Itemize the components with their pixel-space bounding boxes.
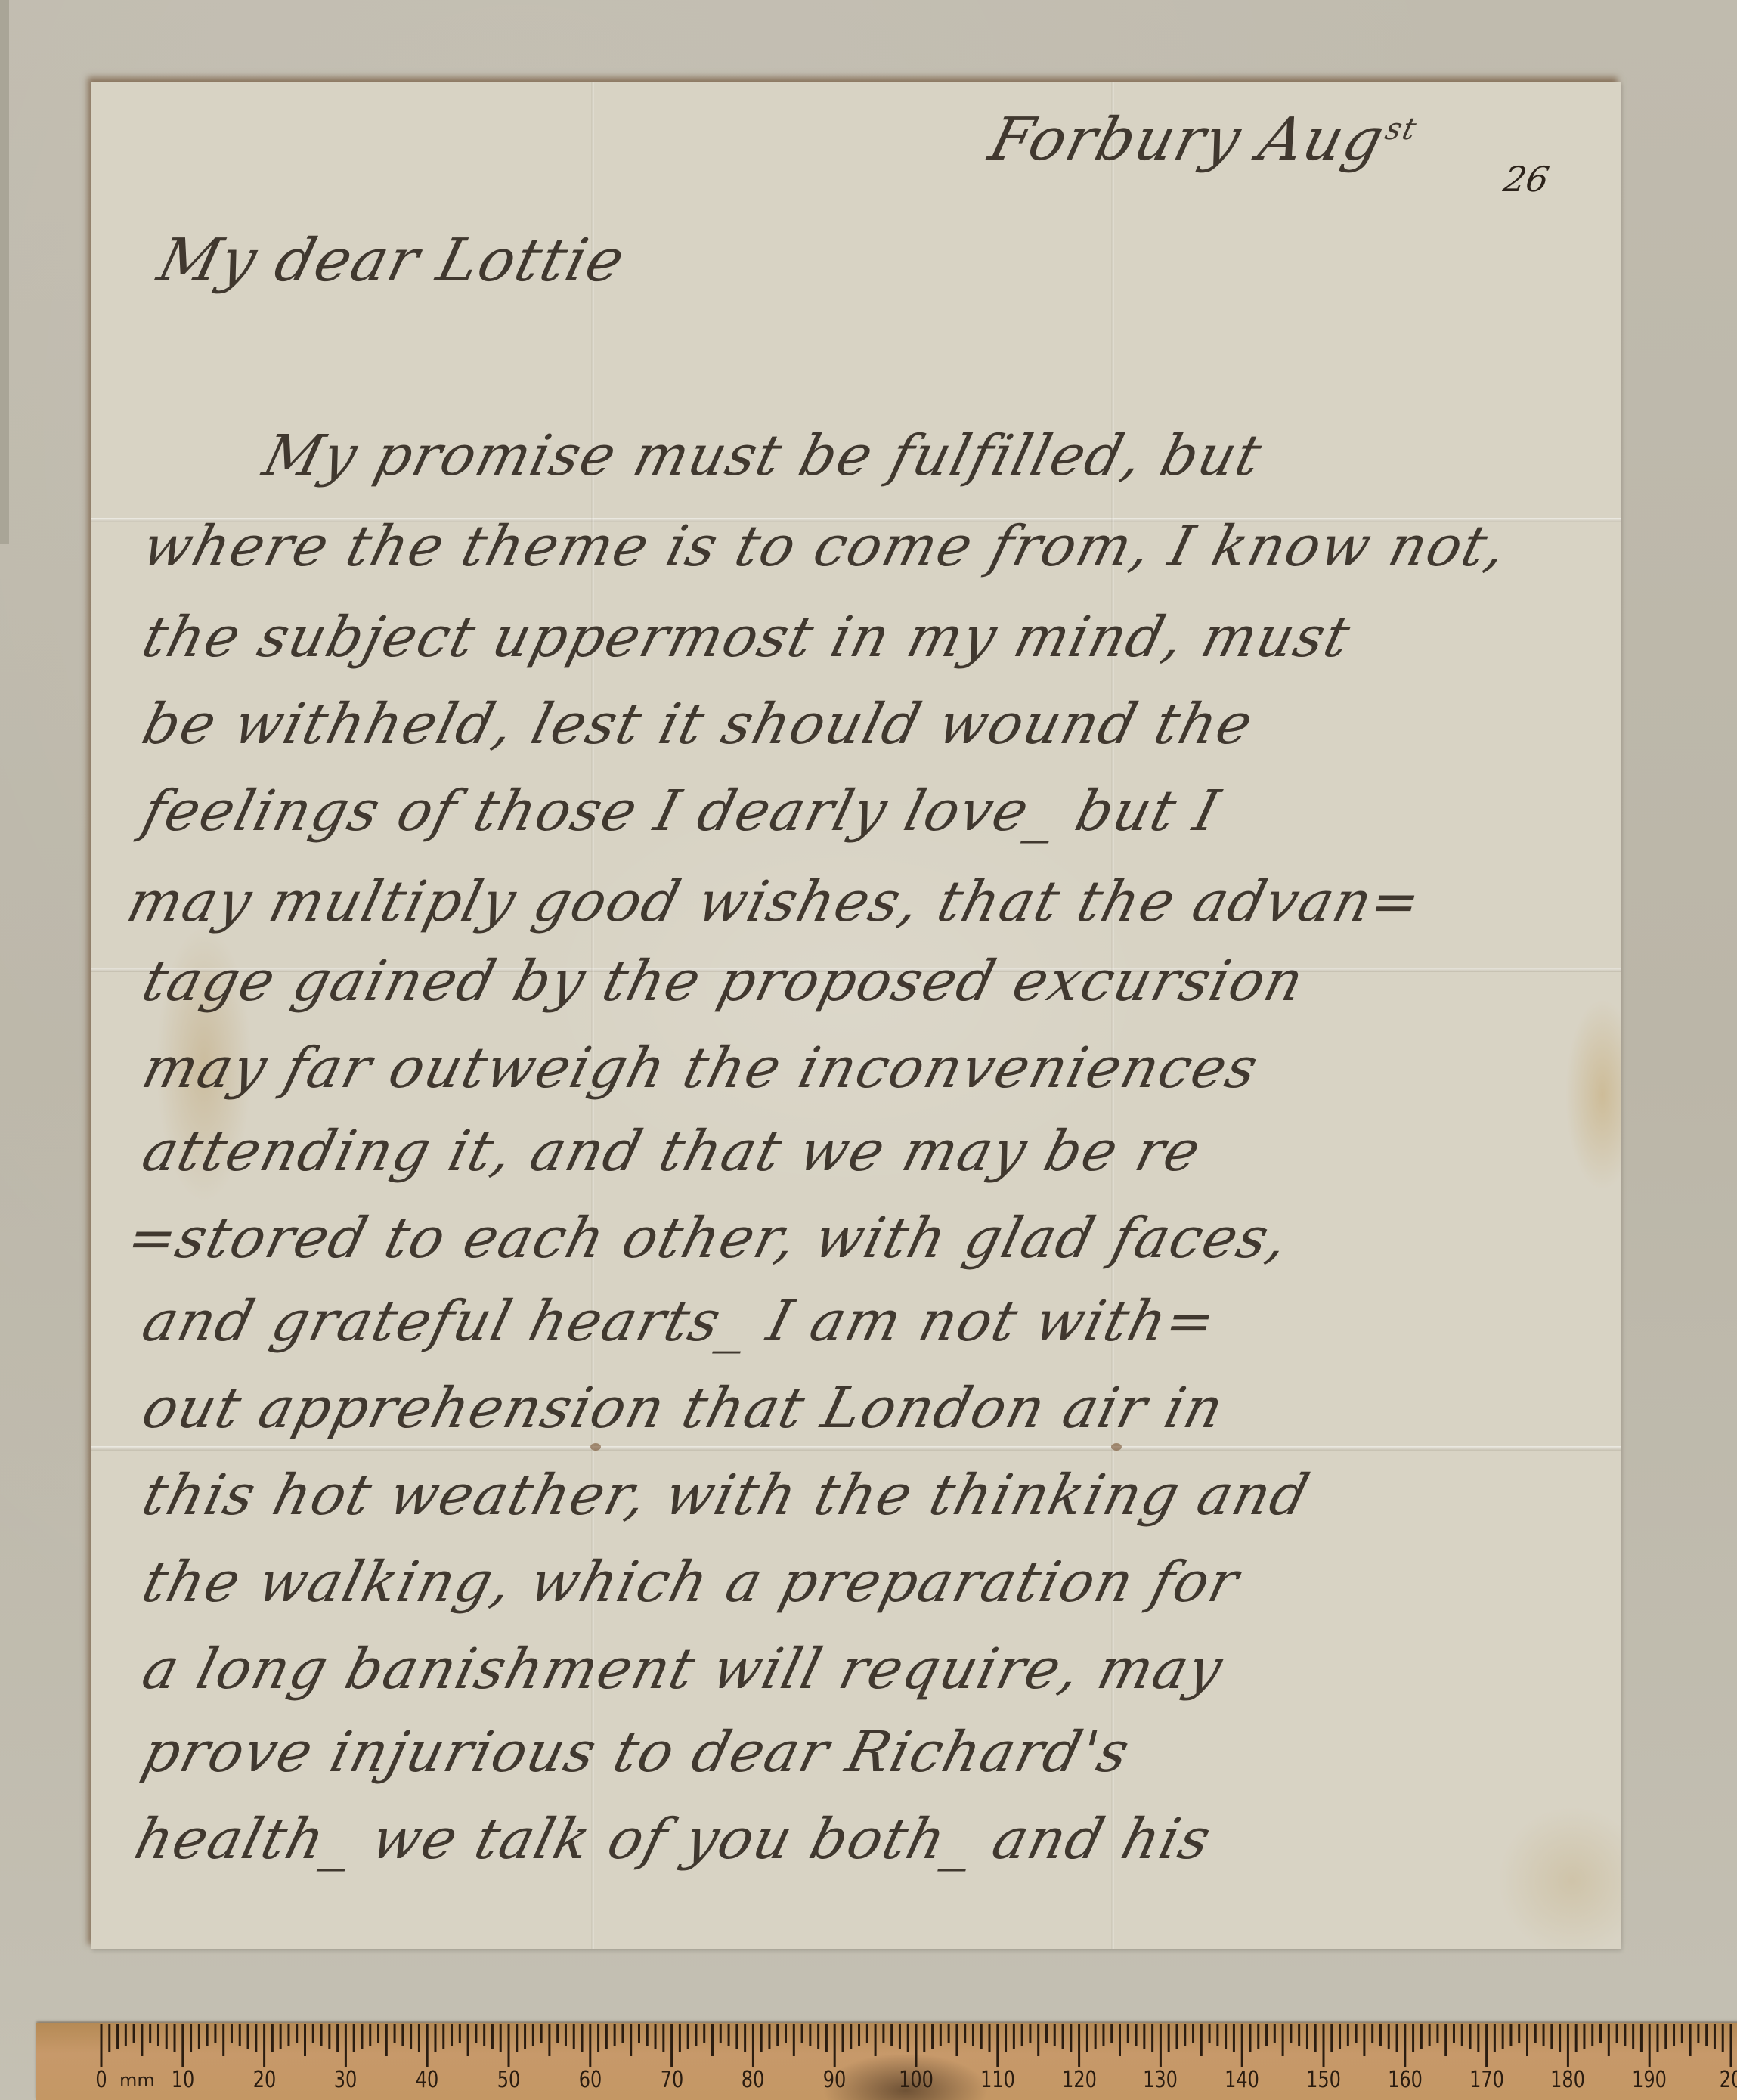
- ruler-label-80: 80: [742, 2067, 765, 2093]
- ruler-label-110: 110: [980, 2067, 1015, 2093]
- ruler-label-130: 130: [1143, 2067, 1178, 2093]
- ruler-label-20: 20: [252, 2067, 276, 2093]
- letter-salutation: My dear Lottie: [151, 227, 632, 295]
- ruler-label-100: 100: [899, 2067, 934, 2093]
- letter-body-line: out apprehension that London air in: [136, 1376, 1231, 1441]
- ruler-label-180: 180: [1550, 2067, 1585, 2093]
- ruler-label-90: 90: [823, 2067, 847, 2093]
- ruler-label-60: 60: [579, 2067, 602, 2093]
- ruler-label-140: 140: [1225, 2067, 1259, 2093]
- letter-body-line: tage gained by the proposed excursion: [136, 949, 1311, 1014]
- crease-wear-mark: [1111, 1443, 1122, 1451]
- ruler-label-50: 50: [497, 2067, 521, 2093]
- letter-body-line: prove injurious to dear Richard's: [136, 1720, 1137, 1785]
- ruler-label-190: 190: [1632, 2067, 1667, 2093]
- letter-body-line: feelings of those I dearly love_ but I: [136, 779, 1227, 844]
- letter-body-line: where the theme is to come from, I know …: [136, 514, 1514, 579]
- ruler-unit-label: mm: [119, 2070, 155, 2091]
- measurement-ruler: 0102030405060708090100110120130140150160…: [36, 2023, 1737, 2100]
- letter-body-line: this hot weather, with the thinking and: [136, 1463, 1317, 1528]
- letter-body-line: health_ we talk of you both_ and his: [128, 1807, 1218, 1872]
- ruler-label-70: 70: [660, 2067, 683, 2093]
- letter-place-date: Forbury Augst: [983, 106, 1423, 174]
- letter-body-line: =stored to each other, with glad faces,: [121, 1206, 1296, 1271]
- ruler-label-160: 160: [1388, 2067, 1423, 2093]
- place-date-text: Forbury Aug: [983, 106, 1392, 174]
- letter-body-line: and grateful hearts_ I am not with=: [136, 1289, 1223, 1354]
- letter-body-line: attending it, and that we may be re: [136, 1119, 1208, 1184]
- ruler-label-20: 20: [1720, 2067, 1737, 2093]
- crease-wear-mark: [590, 1443, 601, 1451]
- letter-body-line: may multiply good wishes, that the advan…: [121, 869, 1429, 934]
- letter-body-line: My promise must be fulfilled, but: [257, 423, 1269, 488]
- ruler-label-170: 170: [1469, 2067, 1504, 2093]
- backdrop-edge-strip: [0, 0, 9, 544]
- letter-body-line: be withheld, lest it should wound the: [136, 692, 1260, 757]
- ruler-label-150: 150: [1306, 2067, 1341, 2093]
- fold-line-horizontal-lower: [91, 1446, 1621, 1451]
- letter-body-line: may far outweigh the inconveniences: [136, 1036, 1265, 1101]
- letter-body-line: the subject uppermost in my mind, must: [136, 605, 1358, 670]
- ruler-label-10: 10: [172, 2067, 195, 2093]
- letter-body-line: a long banishment will require, may: [136, 1637, 1230, 1702]
- letter-date-number: 26: [1500, 159, 1552, 200]
- ruler-label-40: 40: [416, 2067, 439, 2093]
- letter-body-line: the walking, which a preparation for: [136, 1550, 1246, 1615]
- ruler-label-0: 0: [95, 2067, 107, 2093]
- ruler-label-30: 30: [334, 2067, 358, 2093]
- ruler-label-120: 120: [1062, 2067, 1097, 2093]
